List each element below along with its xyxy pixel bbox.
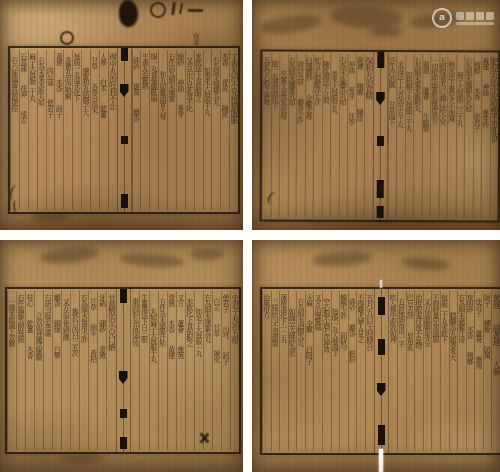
text-column: 右件為末豬膽汁和 xyxy=(158,291,167,450)
text-column: 右為細末粟米飯和丸 xyxy=(413,54,422,218)
text-column: 神曲 麥芽 茯苓 xyxy=(347,54,356,218)
printed-page-frame: 甘露散治小兒口瘡牙硝 硼砂 青黛甘草 細辛 黃柏右為細末每用少許 摻於口內日三五… xyxy=(5,287,241,454)
text-column: 右研極細每用一字 xyxy=(397,291,406,451)
left-half-page: 五月五日午時修合不得雞犬婦人見之硃砂 麝香 輕粉蟾酥少許 同研勻 每服一丸人參湯… xyxy=(262,289,374,453)
handwritten-circle-mark xyxy=(60,31,74,45)
text-column: 牛黃丸治驚熱 xyxy=(140,50,149,210)
text-column: 白殭蠶炒 全蠍去毒 xyxy=(304,54,313,218)
text-column: 熟水送下量兒大小加減 xyxy=(447,54,456,218)
watermark-text-blur xyxy=(456,12,494,25)
text-column: 硃砂 雄黃 麝香 xyxy=(132,50,141,210)
text-column: 生薑湯送下日三服 xyxy=(139,291,148,450)
text-column: 如黍米大每服十丸 xyxy=(203,50,212,210)
text-column: 右件同為細末煉蜜 xyxy=(167,50,176,210)
fold-mark xyxy=(377,52,384,68)
text-column: 不得雞犬婦人見之 xyxy=(356,291,365,451)
text-column: 縮砂 神曲 麥芽 xyxy=(176,50,185,210)
text-column: 麻子大每服二十丸 xyxy=(28,50,37,210)
text-column: 黃連 木香 訶子 xyxy=(54,50,63,210)
text-column: 服一丸食後臨臥服 xyxy=(149,50,158,210)
watermark-latin-line xyxy=(456,22,494,25)
text-column: 陳皮湯送下立效 xyxy=(321,54,330,218)
center-fold xyxy=(116,289,131,452)
right-half-page: 黃連 胡黃連 人參訶子 蟬蛻 防風使君子 蘆薈 蕪荑夜明砂 木香 檳榔右為細末豬… xyxy=(389,289,500,453)
right-half-page: 史君子丸治五疳使君子 川芎 訶子白芷 甘草 陳皮右為細末煉蜜為丸 如皂子大每服一… xyxy=(131,289,240,452)
text-column: 又方加龍膽草等分 xyxy=(423,291,432,451)
photo-panel-top-left: 理中丸治吐利不止人參 白朮 乾薑甘草 各等分爲末 煉蜜和丸梧桐子大每服一丸溫水化… xyxy=(0,0,243,230)
paper-crease xyxy=(380,280,382,288)
bleedthrough-smudge xyxy=(370,26,402,37)
text-column: 又方治走馬疳蝕 xyxy=(61,291,70,450)
text-column: 不拘時量兒加減服 xyxy=(431,291,440,451)
photo-panel-bottom-left: 甘露散治小兒口瘡牙硝 硼砂 青黛甘草 細辛 黃柏右為細末每用少許 摻於口內日三五… xyxy=(0,240,243,472)
text-column: 右件搗羅為散每服 xyxy=(16,291,25,450)
handwritten-circle-mark xyxy=(150,2,166,18)
text-column: 右為細末煉蜜為丸 xyxy=(203,291,212,450)
text-column: 使君子 川芎 訶子 xyxy=(221,291,230,450)
text-column: 理中丸治吐利不止 xyxy=(108,50,117,210)
printed-page-frame: 保和丸治食積黃連 檳榔 陳皮神曲 麥芽 茯苓右為末水疊為丸如 黍米大每服廿丸陳皮… xyxy=(260,49,500,222)
paper-crease xyxy=(379,449,383,472)
text-column: 木香 青皮 陳皮 xyxy=(220,50,229,210)
fold-mark xyxy=(120,409,127,418)
fold-mark xyxy=(121,48,128,61)
fold-mark xyxy=(120,437,127,449)
text-column: 糕糊為丸如黍米大 xyxy=(449,291,458,451)
text-column: 右為細末煉蜜丸如 xyxy=(287,54,296,218)
watermark-cjk-line xyxy=(456,12,494,20)
fold-mark xyxy=(376,180,383,198)
photo-panel-bottom-right: 五月五日午時修合不得雞犬婦人見之硃砂 麝香 輕粉蟾酥少許 同研勻 每服一丸人參湯… xyxy=(252,240,500,472)
text-column: 摻於口內日三五次 xyxy=(70,291,79,450)
text-column: 黃連 檳榔 陳皮 xyxy=(355,54,364,218)
text-column: 棗肉和丸亦得神效 xyxy=(131,291,140,450)
text-column: 又方 蘆薈 蕪荑 xyxy=(176,291,185,450)
circle-a-logo-icon: a xyxy=(432,8,452,28)
text-column: 檳榔 木香 使君子 xyxy=(472,54,481,218)
text-column: 天麻 全蠍 白附子 xyxy=(305,291,314,451)
text-column: 桂心 乾薑 木香 xyxy=(25,291,34,450)
right-half-page: 丁香丸治小兒疳積腹脹木香 青皮 陳皮右為細末麵糊為丸 如黍米大每服十丸米飲送下食… xyxy=(132,48,239,212)
ink-smudge xyxy=(60,454,104,463)
text-column: 夜明砂 木香 檳榔 xyxy=(466,291,475,451)
text-column: 右為細末麵糊為丸 xyxy=(211,50,220,210)
text-column: 五月五日午時修合 xyxy=(365,291,374,451)
handwritten-stroke xyxy=(171,2,176,15)
text-column: 五疳保童丸○鎮江府小兒 xyxy=(438,54,447,218)
center-fold xyxy=(117,48,132,212)
auction-watermark: a xyxy=(432,8,494,28)
center-fold xyxy=(372,52,388,220)
text-column: 右為細末酒糊為丸 xyxy=(296,291,305,451)
text-column: 芡實大金箔為衣每 xyxy=(279,54,288,218)
center-fold xyxy=(374,289,389,453)
fold-mark xyxy=(378,339,385,355)
text-column: 薄荷湯化下一二丸 xyxy=(279,291,288,451)
fishtail-mark xyxy=(376,92,385,105)
handwritten-character-mark xyxy=(119,0,138,27)
text-column: 蟾酥少許 同研勻 xyxy=(339,291,348,451)
text-column: 忌生冷油膩 甘草湯下 xyxy=(387,54,396,218)
bleedthrough-smudge xyxy=(40,246,99,265)
fishtail-mark xyxy=(120,84,129,97)
text-column: 如皂子大每服一丸 xyxy=(194,291,203,450)
text-column: 黍米大每服廿丸 xyxy=(330,54,339,218)
text-column: 右為細末每用少許 xyxy=(79,291,88,450)
text-column: 人參 白朮 乾薑 xyxy=(99,50,108,210)
text-column: 一錢米飲調下效驗 xyxy=(7,291,16,450)
left-half-page: 理中丸治吐利不止人參 白朮 乾薑甘草 各等分爲末 煉蜜和丸梧桐子大每服一丸溫水化… xyxy=(10,48,117,212)
handwritten-stroke xyxy=(188,9,203,12)
text-column: 空心服不過七次神效 xyxy=(322,291,331,451)
text-column: 肉豆蔻 使君子 xyxy=(46,50,55,210)
text-column: 史君子丸治五疳 xyxy=(230,291,239,450)
fold-mark xyxy=(378,425,385,445)
bleedthrough-smudge xyxy=(190,249,224,260)
bleedthrough-smudge xyxy=(402,256,451,273)
text-column: 硃砂 麝香 輕粉 xyxy=(348,291,357,451)
text-column: 丁香丸治小兒疳積腹脹 xyxy=(229,50,238,210)
text-column: 和丸如雞頭實大每 xyxy=(158,50,167,210)
margin-caption: 保嬰 xyxy=(192,33,199,45)
text-column: 吹入鼻中即效如神 xyxy=(389,291,398,451)
text-column: 右為細末麵糊為丸如 xyxy=(464,54,473,218)
text-column: 麝香 銅綠 白礬 xyxy=(52,291,61,450)
text-column: 米飲送下食前服之 xyxy=(194,50,203,210)
text-column: 青黛 木香 黃連 xyxy=(167,291,176,450)
text-column: 訶子 蟬蛻 防風 xyxy=(483,291,492,451)
fold-mark xyxy=(376,136,383,146)
text-column: 立效如神屢試屢驗 xyxy=(34,291,43,450)
text-column: 右為細末豬膽汁浸 xyxy=(457,291,466,451)
fold-mark xyxy=(376,206,383,218)
text-column: 白芷 甘草 陳皮 xyxy=(212,291,221,450)
text-column: 治風疳方 xyxy=(262,291,271,451)
text-column: 一切疳疾面黃肌瘦神效方 xyxy=(430,54,439,218)
text-column: 硃砂另研 麝香少許 xyxy=(296,54,305,218)
photo-panel-top-right: a 保和丸治食積黃連 檳榔 陳皮神曲 麥芽 茯苓右為末水疊為丸如 黍米大每服廿丸… xyxy=(252,0,500,230)
text-column: 甘露散治小兒口瘡 xyxy=(106,291,115,450)
text-column: 肥兒丸治小兒疳瘦不思乳食 xyxy=(489,54,498,218)
text-column: 每服一丸溫水化下 xyxy=(72,50,81,210)
text-column: 如綠豆大硃砂為衣 xyxy=(288,291,297,451)
text-column: 每服二十丸米飲下 xyxy=(440,291,449,451)
bleedthrough-smudge xyxy=(120,251,185,270)
left-half-page: 甘露散治小兒口瘡牙硝 硼砂 青黛甘草 細辛 黃柏右為細末每用少許 摻於口內日三五… xyxy=(7,289,116,452)
text-column: 蛇含石煅醋淬七次 xyxy=(313,54,322,218)
text-column: 右為末粟米飯丸如 xyxy=(37,50,46,210)
text-column: 如梧桐子大每服三十丸 xyxy=(404,54,413,218)
fold-mark xyxy=(121,136,128,144)
printed-page-frame: 理中丸治吐利不止人參 白朮 乾薑甘草 各等分爲末 煉蜜和丸梧桐子大每服一丸溫水化… xyxy=(8,46,240,214)
text-column: 黃連 神曲 麥芽炒 xyxy=(481,54,490,218)
text-column: 牙硝 硼砂 青黛 xyxy=(97,291,106,450)
text-column: 煉蜜和丸梧桐子大 xyxy=(81,50,90,210)
handwritten-stroke xyxy=(179,3,183,14)
right-half-page: 肥兒丸治小兒疳瘦不思乳食黃連 神曲 麥芽炒檳榔 木香 使君子右為細末麵糊為丸如 … xyxy=(387,52,498,220)
text-column: 香連丸治冷熱痢 xyxy=(63,50,72,210)
text-column: 米飲化下食前服之 xyxy=(185,291,194,450)
fishtail-mark xyxy=(119,371,128,384)
text-column: 又方治慢驚風 xyxy=(313,291,322,451)
text-column: 黃連 胡黃連 人參 xyxy=(491,291,500,451)
text-column: 丸如麻子大每服十丸 xyxy=(149,291,158,450)
bleedthrough-smudge xyxy=(259,13,322,36)
text-column: 又方治小兒乳食不化 xyxy=(185,50,194,210)
fold-mark xyxy=(378,297,385,315)
text-column: 麻子大每服二三十丸 xyxy=(455,54,464,218)
fold-mark xyxy=(120,289,127,303)
fishtail-mark xyxy=(377,383,386,396)
printed-page-frame: 五月五日午時修合不得雞犬婦人見之硃砂 麝香 輕粉蟾酥少許 同研勻 每服一丸人參湯… xyxy=(260,287,500,455)
fold-mark xyxy=(121,194,128,208)
text-column: 治疳眼雀目夜不見物 xyxy=(414,291,423,451)
text-column: 右為末水疊為丸如 xyxy=(338,54,347,218)
text-column: 三味研勻不須煩製 xyxy=(271,291,280,451)
text-column: 巴豆去油 皂角炙 xyxy=(406,291,415,451)
text-column: 使君子 蘆薈 蕪荑 xyxy=(474,291,483,451)
text-column: 每服一丸人參湯下 xyxy=(331,291,340,451)
text-column: 甘草 各等分爲末 xyxy=(90,50,99,210)
text-column: 右研勻貼於患處 xyxy=(43,291,52,450)
text-column: 黃連 蘆薈 牛膽製 xyxy=(421,54,430,218)
text-column: 米湯送下大者加至五十丸 xyxy=(396,54,405,218)
ink-smudge xyxy=(32,213,70,222)
text-column: 甘草 細辛 黃柏 xyxy=(88,291,97,450)
bleedthrough-smudge xyxy=(312,250,373,267)
